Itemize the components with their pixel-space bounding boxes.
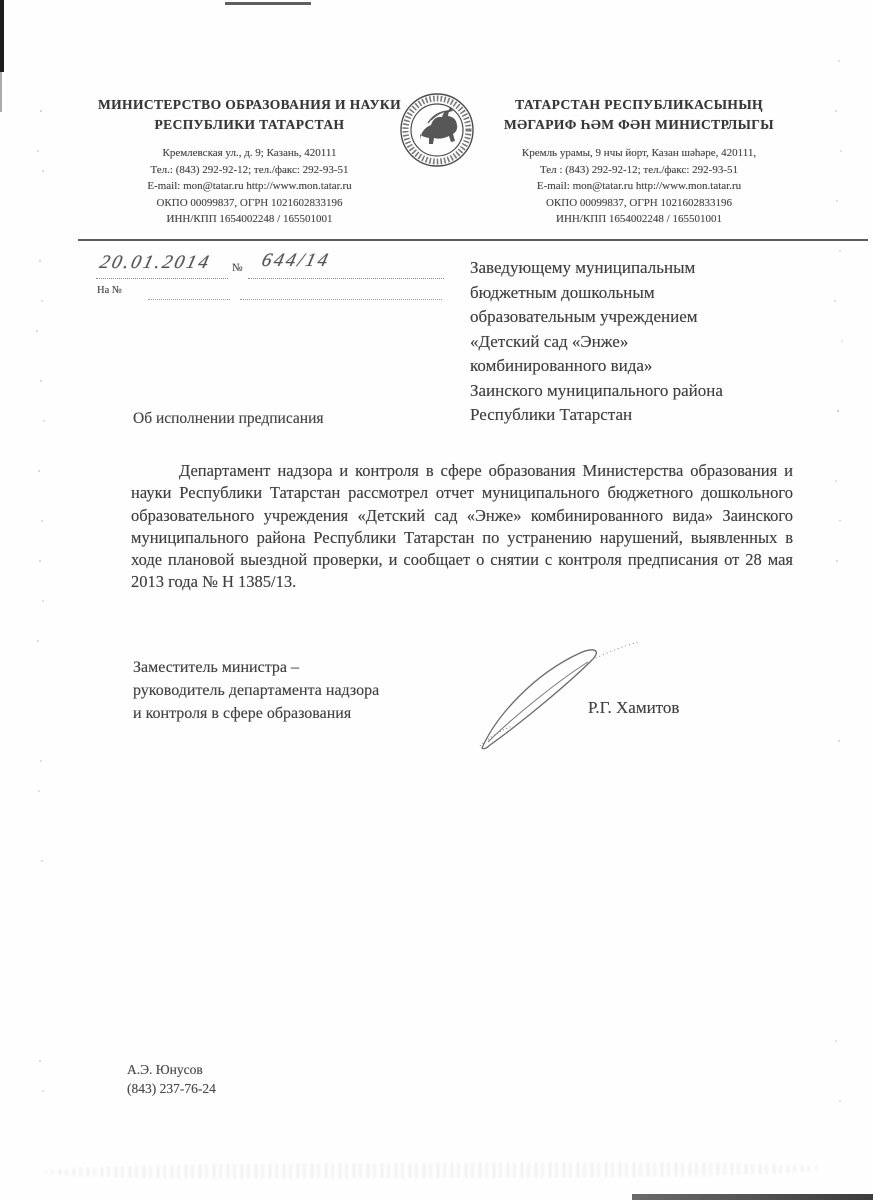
address-tat: Кремль урамы, 9 нчы йорт, Казан шәһәре, … <box>480 145 798 162</box>
addressee-line: Республики Татарстан <box>470 403 800 428</box>
body-paragraph: Департамент надзора и контроля в сфере о… <box>131 460 793 594</box>
scan-streak-artifact <box>225 2 311 5</box>
signer-position-line: и контроля в сфере образования <box>133 702 379 725</box>
letterhead-divider <box>78 239 868 241</box>
tatarstan-coat-of-arms-seal-icon <box>398 90 476 170</box>
scanned-letter-page: МИНИСТЕРСТВО ОБРАЗОВАНИЯ И НАУКИ РЕСПУБЛ… <box>0 0 873 1200</box>
addressee-block: Заведующему муниципальным бюджетным дошк… <box>470 256 800 428</box>
email-web-ru: E-mail: mon@tatar.ru http://www.mon.tata… <box>92 178 407 195</box>
subject-line: Об исполнении предписания <box>133 410 324 428</box>
addressee-line: Заинского муниципального района <box>470 379 800 404</box>
executor-phone: (843) 237-76-24 <box>127 1079 216 1098</box>
inn-kpp-ru: ИНН/КПП 1654002248 / 165501001 <box>92 211 407 228</box>
letterhead-tatar: ТАТАРСТАН РЕСПУБЛИКАСЫНЫҢ МӘГАРИФ ҺӘМ ФӘ… <box>480 95 798 228</box>
reply-underline-2 <box>240 299 442 300</box>
scan-edge-artifact <box>0 72 2 112</box>
okpo-ogrn-ru: ОКПО 00099837, ОГРН 1021602833196 <box>92 195 407 212</box>
outgoing-date-handwritten: 20.01.2014 <box>100 252 211 274</box>
ministry-title-ru-line2: РЕСПУБЛИКИ ТАТАРСТАН <box>92 115 407 135</box>
executor-name: А.Э. Юнусов <box>127 1060 216 1079</box>
addressee-line: Заведующему муниципальным <box>470 256 800 281</box>
addressee-line: комбинированного вида» <box>470 354 800 379</box>
ministry-title-ru-line1: МИНИСТЕРСТВО ОБРАЗОВАНИЯ И НАУКИ <box>92 95 407 115</box>
scan-noise-right <box>0 0 2 2</box>
number-underline <box>248 278 444 279</box>
number-sign: № <box>232 262 243 274</box>
signer-position-line: Заместитель министра – <box>133 656 379 679</box>
address-ru: Кремлевская ул., д. 9; Казань, 420111 <box>92 145 407 162</box>
addressee-line: бюджетным дошкольным <box>470 281 800 306</box>
scan-edge-artifact <box>0 0 4 72</box>
executor-block: А.Э. Юнусов (843) 237-76-24 <box>127 1060 216 1098</box>
date-underline <box>96 278 228 279</box>
signer-name: Р.Г. Хамитов <box>588 698 679 718</box>
outgoing-number-handwritten: 644/14 <box>262 250 330 272</box>
ministry-title-tat-line1: ТАТАРСТАН РЕСПУБЛИКАСЫНЫҢ <box>480 95 798 115</box>
scan-smudge-artifact <box>45 1161 820 1179</box>
reply-underline-1 <box>148 299 230 300</box>
scan-bottom-bar-artifact <box>632 1194 873 1200</box>
inn-kpp-tat: ИНН/КПП 1654002248 / 165501001 <box>480 211 798 228</box>
okpo-ogrn-tat: ОКПО 00099837, ОГРН 1021602833196 <box>480 195 798 212</box>
phone-tat: Тел : (843) 292-92-12; тел./факс: 292-93… <box>480 162 798 179</box>
addressee-line: образовательным учреждением <box>470 305 800 330</box>
reply-to-label: На № <box>97 285 122 296</box>
letterhead-russian: МИНИСТЕРСТВО ОБРАЗОВАНИЯ И НАУКИ РЕСПУБЛ… <box>92 95 407 228</box>
signer-position: Заместитель министра – руководитель депа… <box>133 656 379 725</box>
email-web-tat: E-mail: mon@tatar.ru http://www.mon.tata… <box>480 178 798 195</box>
addressee-line: «Детский сад «Энже» <box>470 330 800 355</box>
ministry-title-tat-line2: МӘГАРИФ ҺӘМ ФӘН МИНИСТРЛЫГЫ <box>480 115 798 135</box>
phone-ru: Тел.: (843) 292-92-12; тел./факс: 292-93… <box>92 162 407 179</box>
signer-position-line: руководитель департамента надзора <box>133 679 379 702</box>
